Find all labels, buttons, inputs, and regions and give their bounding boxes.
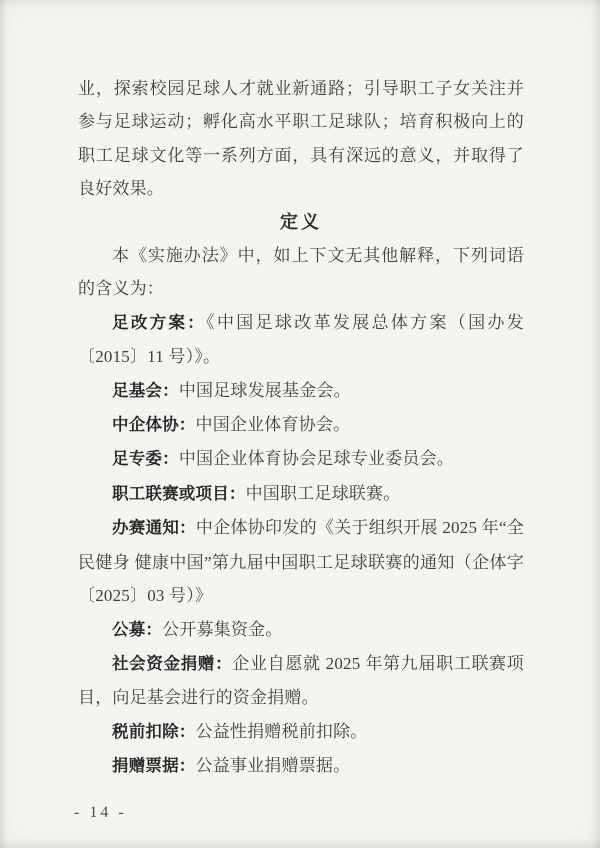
definition-text: 中国企业体育协会。	[196, 415, 351, 434]
definition-text: 中国足球发展基金会。	[179, 381, 351, 400]
definition-item: 税前扣除：公益性捐赠税前扣除。	[78, 715, 524, 749]
intro-paragraph: 业，探索校园足球人才就业新通路；引导职工子女关注并参与足球运动；孵化高水平职工足…	[78, 72, 524, 206]
definition-item: 足基会：中国足球发展基金会。	[78, 374, 524, 408]
definition-term: 社会资金捐赠：	[112, 655, 232, 673]
definition-term: 捐赠票据：	[112, 757, 196, 775]
definition-item: 职工联赛或项目：中国职工足球联赛。	[78, 477, 524, 511]
section-intro-paragraph: 本《实施办法》中，如上下文无其他解释，下列词语的含义为：	[78, 239, 524, 306]
definition-term: 职工联赛或项目：	[112, 485, 246, 503]
definition-term: 足基会：	[112, 382, 179, 400]
definition-text: 中国企业体育协会足球专业委员会。	[179, 449, 454, 468]
definition-item: 办赛通知：中企体协印发的《关于组织开展 2025 年“全民健身 健康中国”第九届…	[78, 511, 524, 612]
definition-term: 税前扣除：	[112, 723, 196, 741]
definition-term: 足改方案：	[112, 314, 206, 332]
definition-text: 公益性捐赠税前扣除。	[196, 722, 368, 741]
definition-item: 足专委：中国企业体育协会足球专业委员会。	[78, 442, 524, 476]
definition-term: 公募：	[112, 621, 162, 639]
definition-item: 中企体协：中国企业体育协会。	[78, 408, 524, 442]
definition-text: 中国职工足球联赛。	[246, 484, 401, 503]
definition-text: 公开募集资金。	[162, 620, 282, 639]
definition-term: 办赛通知：	[112, 519, 196, 537]
page-number: - 14 -	[74, 804, 127, 822]
definition-item: 公募：公开募集资金。	[78, 613, 524, 647]
document-body: 业，探索校园足球人才就业新通路；引导职工子女关注并参与足球运动；孵化高水平职工足…	[78, 72, 524, 784]
definition-item: 捐赠票据：公益事业捐赠票据。	[78, 749, 524, 783]
section-heading: 定义	[78, 206, 524, 239]
definition-term: 中企体协：	[112, 416, 196, 434]
definition-item: 足改方案：《中国足球改革发展总体方案（国办发〔2015〕11 号）》。	[78, 306, 524, 374]
scanned-document-page: 业，探索校园足球人才就业新通路；引导职工子女关注并参与足球运动；孵化高水平职工足…	[0, 0, 600, 848]
definition-item: 社会资金捐赠：企业自愿就 2025 年第九届职工联赛项目，向足基会进行的资金捐赠…	[78, 647, 524, 715]
definition-term: 足专委：	[112, 450, 179, 468]
definition-text: 公益事业捐赠票据。	[196, 756, 351, 775]
